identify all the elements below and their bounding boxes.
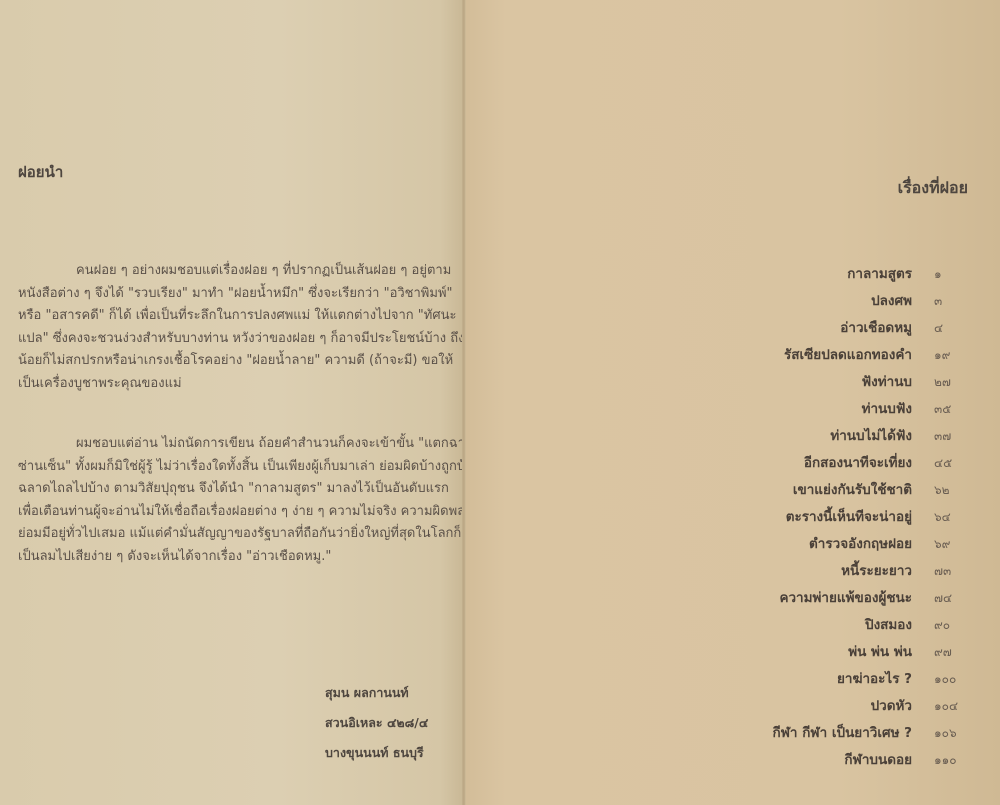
toc-entry-page: ๔๕: [912, 454, 960, 473]
toc-entry-title: หนี้ระยะยาว: [841, 559, 912, 581]
toc-entry-title: อีกสองนาทีจะเที่ยง: [804, 451, 912, 473]
toc-entry: หนี้ระยะยาว๗๓: [773, 559, 960, 586]
toc-entry-page: ๗๔: [912, 589, 960, 608]
toc-entry-page: ๑๙: [912, 346, 960, 365]
left-page: ฝอยนำ คนฝอย ๆ อย่างผมชอบแต่เรื่องฝอย ๆ ท…: [0, 0, 463, 805]
book-gutter: [462, 0, 466, 805]
text-line: น้อยก็ไม่สกปรกหรือน่าเกรงเชื้อโรคอย่าง "…: [18, 350, 468, 373]
toc-entry-title: พ่น พ่น พ่น: [848, 640, 912, 662]
toc-entry: ตำรวจอังกฤษฝอย๖๙: [773, 532, 960, 559]
toc-entry-page: ๓: [912, 292, 960, 311]
toc-entry: อีกสองนาทีจะเที่ยง๔๕: [773, 451, 960, 478]
text-line: เพื่อเตือนท่านผู้จะอ่านไม่ให้เชื่อถือเรื…: [18, 501, 468, 524]
text-line: เป็นเครื่องบูชาพระคุณของแม่: [18, 373, 468, 396]
author-name: สุมน ผลกานนท์: [325, 678, 428, 708]
toc-entry-page: ๖๔: [912, 508, 960, 527]
toc-entry: ท่านบฟัง๓๕: [773, 397, 960, 424]
text-line: ผมชอบแต่อ่าน ไม่ถนัดการเขียน ถ้อยคำสำนวน…: [18, 433, 468, 456]
toc-entry: กีฬา กีฬา เป็นยาวิเศษ ?๑๐๖: [773, 721, 960, 748]
toc-entry-page: ๑: [912, 265, 960, 284]
toc-entry-title: รัสเซียปลดแอกทองคำ: [784, 343, 912, 365]
toc-entry-title: ยาฆ่าอะไร ?: [837, 667, 912, 689]
text-line: หนังสือต่าง ๆ จึงได้ "รวบเรียง" มาทำ "ฝอ…: [18, 283, 468, 306]
toc-entry-page: ๑๐๔: [912, 697, 960, 716]
text-line: เป็นลมไปเสียง่าย ๆ ดังจะเห็นได้จากเรื่อง…: [18, 546, 468, 569]
toc-entry-title: ฟังท่านบ: [862, 370, 912, 392]
toc-entry-page: ๓๗: [912, 427, 960, 446]
text-line: ซ่านเซ็น" ทั้งผมก็มิใช่ผู้รู้ ไม่ว่าเรื่…: [18, 456, 468, 479]
toc-entry-page: ๑๐๖: [912, 724, 960, 743]
toc-entry: อ่าวเชือดหมู๔: [773, 316, 960, 343]
toc-entry-page: ๖๙: [912, 535, 960, 554]
author-address-line-2: บางขุนนนท์ ธนบุรี: [325, 738, 428, 768]
table-of-contents: กาลามสูตร๑ ปลงศพ๓ อ่าวเชือดหมู๔ รัสเซียป…: [773, 262, 960, 775]
toc-entry-title: ตะรางนี้เห็นทีจะน่าอยู่: [786, 505, 912, 527]
toc-entry-title: ท่านบไม่ได้ฟัง: [830, 424, 912, 446]
toc-entry: ปลงศพ๓: [773, 289, 960, 316]
toc-entry-title: กาลามสูตร: [847, 262, 912, 284]
toc-entry-title: เขาแย่งกันรับใช้ชาติ: [793, 478, 912, 500]
toc-entry-page: ๑๑๐: [912, 751, 960, 770]
toc-entry-page: ๒๗: [912, 373, 960, 392]
toc-entry-title: ปิงสมอง: [865, 613, 912, 635]
preface-heading: ฝอยนำ: [18, 160, 63, 184]
preface-paragraph-1: คนฝอย ๆ อย่างผมชอบแต่เรื่องฝอย ๆ ที่ปราก…: [18, 260, 468, 395]
author-signature: สุมน ผลกานนท์ สวนอิเหละ ๔๒๘/๔ บางขุนนนท์…: [325, 678, 428, 768]
toc-entry: เขาแย่งกันรับใช้ชาติ๖๒: [773, 478, 960, 505]
toc-entry-page: ๑๐๐: [912, 670, 960, 689]
toc-entry-page: ๔: [912, 319, 960, 338]
toc-entry: ความพ่ายแพ้ของผู้ชนะ๗๔: [773, 586, 960, 613]
toc-entry-title: ปลงศพ: [871, 289, 912, 311]
preface-paragraph-2: ผมชอบแต่อ่าน ไม่ถนัดการเขียน ถ้อยคำสำนวน…: [18, 433, 468, 568]
book-spread: ฝอยนำ คนฝอย ๆ อย่างผมชอบแต่เรื่องฝอย ๆ ท…: [0, 0, 1000, 805]
toc-entry-title: ปวดหัว: [871, 694, 912, 716]
text-line: คนฝอย ๆ อย่างผมชอบแต่เรื่องฝอย ๆ ที่ปราก…: [18, 260, 468, 283]
toc-entry-title: ตำรวจอังกฤษฝอย: [809, 532, 912, 554]
toc-entry-title: อ่าวเชือดหมู: [840, 316, 912, 338]
toc-entry-page: ๙๗: [912, 643, 960, 662]
toc-entry: ฟังท่านบ๒๗: [773, 370, 960, 397]
toc-entry-page: ๖๒: [912, 481, 960, 500]
toc-entry: กีฬาบนดอย๑๑๐: [773, 748, 960, 775]
right-page: เรื่องที่ฝอย กาลามสูตร๑ ปลงศพ๓ อ่าวเชือด…: [463, 0, 1000, 805]
toc-entry: ท่านบไม่ได้ฟัง๓๗: [773, 424, 960, 451]
toc-entry-title: กีฬาบนดอย: [844, 748, 912, 770]
toc-entry: ปิงสมอง๙๐: [773, 613, 960, 640]
contents-heading: เรื่องที่ฝอย: [898, 176, 968, 201]
toc-entry-page: ๗๓: [912, 562, 960, 581]
text-line: แปล" ซึ่งคงจะชวนง่วงสำหรับบางท่าน หวังว่…: [18, 328, 468, 351]
toc-entry: ยาฆ่าอะไร ?๑๐๐: [773, 667, 960, 694]
toc-entry-title: กีฬา กีฬา เป็นยาวิเศษ ?: [773, 721, 912, 743]
text-line: ย่อมมีอยู่ทั่วไปเสมอ แม้แต่คำมั่นสัญญาขอ…: [18, 523, 468, 546]
author-address-line-1: สวนอิเหละ ๔๒๘/๔: [325, 708, 428, 738]
toc-entry: พ่น พ่น พ่น๙๗: [773, 640, 960, 667]
text-line: ฉลาดไถลไปบ้าง ตามวิสัยปุถุชน จึงได้นำ "ก…: [18, 478, 468, 501]
toc-entry: ปวดหัว๑๐๔: [773, 694, 960, 721]
toc-entry: ตะรางนี้เห็นทีจะน่าอยู่๖๔: [773, 505, 960, 532]
toc-entry-title: ความพ่ายแพ้ของผู้ชนะ: [779, 586, 912, 608]
toc-entry: กาลามสูตร๑: [773, 262, 960, 289]
toc-entry-title: ท่านบฟัง: [862, 397, 912, 419]
text-line: หรือ "อสารคดี" ก็ได้ เพื่อเป็นที่ระลึกใน…: [18, 305, 468, 328]
toc-entry: รัสเซียปลดแอกทองคำ๑๙: [773, 343, 960, 370]
toc-entry-page: ๓๕: [912, 400, 960, 419]
toc-entry-page: ๙๐: [912, 616, 960, 635]
